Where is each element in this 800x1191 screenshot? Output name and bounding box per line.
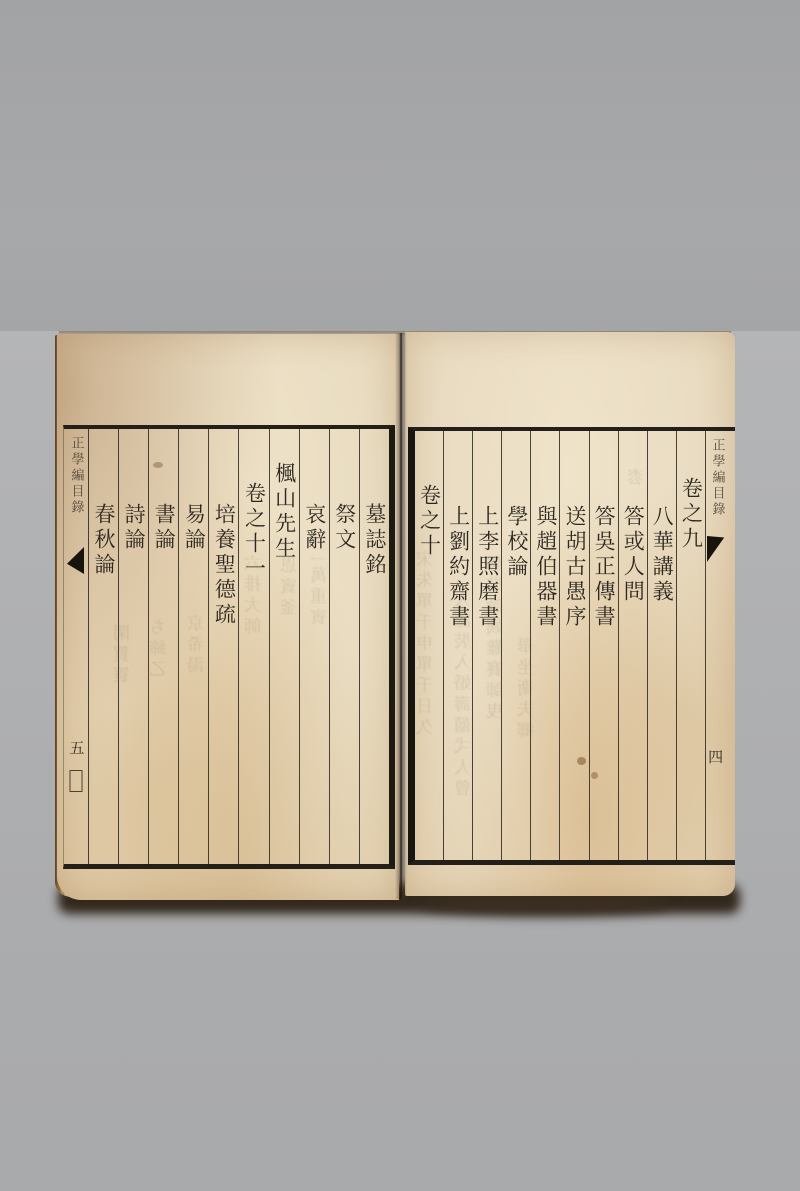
fishtail-mark bbox=[67, 547, 84, 574]
open-book: 正學編目錄 五 春秋論 詩論 書論 易論 培養聖德疏 卷之十一 楓山先生 哀辭 … bbox=[55, 331, 735, 903]
fishtail-mark bbox=[707, 536, 725, 562]
toc-entry: 答吳正傳書 bbox=[593, 505, 614, 630]
running-title: 正學編目錄 bbox=[70, 436, 83, 516]
toc-column: 答或人問 bbox=[618, 431, 647, 860]
right-page: 卷之十 上劉約齋書 上李照磨書 學校論 與趙伯器書 送胡古愚序 答吳正傳書 答或… bbox=[405, 332, 735, 896]
toc-entry: 詩論 bbox=[123, 503, 144, 553]
toc-volume-heading: 卷之九 bbox=[680, 477, 701, 552]
bleedthrough-text: 人謙裝入婚壽囍弌人曾 bbox=[457, 590, 474, 800]
book-gutter bbox=[395, 333, 407, 899]
toc-entry: 與趙伯器書 bbox=[535, 505, 556, 630]
toc-column: 培養聖德疏 bbox=[208, 429, 238, 864]
toc-part-heading: 楓山先生 bbox=[274, 462, 295, 562]
toc-entry: 書論 bbox=[153, 503, 174, 553]
toc-column: 送胡古愚序 bbox=[559, 431, 588, 860]
left-page-printed-frame: 正學編目錄 五 春秋論 詩論 書論 易論 培養聖德疏 卷之十一 楓山先生 哀辭 … bbox=[63, 425, 395, 869]
book-photograph: 正學編目錄 五 春秋論 詩論 書論 易論 培養聖德疏 卷之十一 楓山先生 哀辭 … bbox=[0, 0, 800, 1191]
banxin-strip: 正學編目錄 五 bbox=[64, 429, 89, 864]
folio-number: 四 bbox=[707, 749, 722, 764]
toc-column: 八華講義 bbox=[647, 431, 676, 860]
backdrop bbox=[0, 0, 800, 331]
toc-volume-heading: 卷之十 bbox=[419, 484, 440, 559]
bleedthrough-text: 恩賓釜 bbox=[283, 556, 300, 619]
bleedthrough-text: 閑賀簑 bbox=[116, 624, 133, 687]
toc-column: 墓誌銘 bbox=[359, 429, 389, 864]
bleedthrough-text: 枩 bbox=[630, 468, 647, 489]
bleedthrough-text: 六排大師 bbox=[247, 554, 264, 638]
toc-column: 楓山先生 bbox=[269, 429, 299, 864]
bleedthrough-text: 舉坐衛夫鄉 bbox=[520, 637, 537, 742]
toc-entry: 春秋論 bbox=[93, 503, 114, 578]
toc-column: 卷之九 bbox=[676, 431, 705, 860]
bleedthrough-text: 宋朱單千申單千日久 bbox=[419, 550, 436, 739]
toc-column: 哀辭 bbox=[299, 429, 329, 864]
toc-entry: 墓誌銘 bbox=[364, 503, 385, 578]
bleedthrough-text: 鄭裝師姨難賽師曳 bbox=[489, 555, 506, 723]
toc-entry: 培養聖德疏 bbox=[213, 503, 234, 628]
banxin-strip: 正學編目錄 四 bbox=[705, 431, 735, 860]
bleedthrough-text: ち締乙 bbox=[152, 618, 169, 681]
toc-entry: 學校論 bbox=[506, 505, 527, 580]
running-title: 正學編目錄 bbox=[710, 438, 723, 518]
toc-entry: 答或人問 bbox=[622, 505, 643, 605]
toc-entry: 易論 bbox=[183, 503, 204, 553]
toc-column: 卷之十一 bbox=[238, 429, 268, 864]
toc-entry: 八華講義 bbox=[651, 505, 672, 605]
page-stain bbox=[153, 462, 163, 468]
toc-entry: 祭文 bbox=[334, 503, 355, 553]
bleedthrough-text: 二萬重賓 bbox=[313, 545, 330, 629]
page-stain bbox=[577, 757, 586, 765]
toc-column: 答吳正傳書 bbox=[589, 431, 618, 860]
folio-box bbox=[70, 770, 83, 792]
page-stain bbox=[591, 772, 598, 779]
bleedthrough-text: 京希湯 bbox=[190, 614, 207, 677]
toc-entry: 送胡古愚序 bbox=[564, 505, 585, 630]
folio-number: 五 bbox=[69, 740, 84, 755]
left-page: 正學編目錄 五 春秋論 詩論 書論 易論 培養聖德疏 卷之十一 楓山先生 哀辭 … bbox=[57, 334, 399, 900]
toc-column: 祭文 bbox=[329, 429, 359, 864]
